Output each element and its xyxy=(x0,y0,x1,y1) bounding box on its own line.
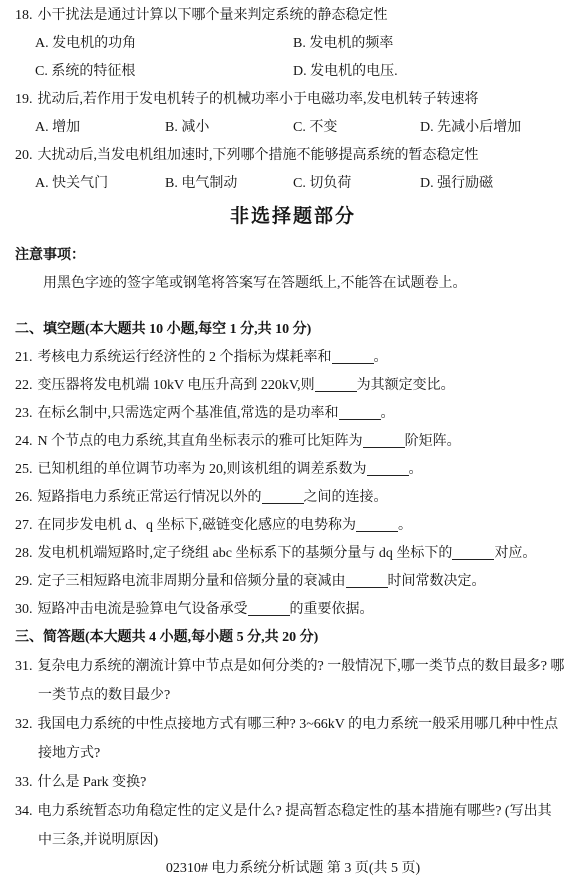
question-31-number: 31. xyxy=(15,659,33,674)
question-18-options-row-2: C. 系统的特征根 D. 发电机的电压. xyxy=(35,58,571,86)
exam-page: { "mcq": { "questions": [ { "number": "1… xyxy=(0,0,585,885)
question-21-text-after: 。 xyxy=(374,350,388,365)
page-footer: 02310# 电力系统分析试题 第 3 页(共 5 页) xyxy=(15,855,571,883)
question-20-options-row: A. 快关气门 B. 电气制动 C. 切负荷 D. 强行励磁 xyxy=(35,170,571,198)
question-24-number: 24. xyxy=(15,434,33,449)
option-20-c: C. 切负荷 xyxy=(293,170,420,198)
question-19-number: 19. xyxy=(15,92,33,107)
question-18: 18.小干扰法是通过计算以下哪个量来判定系统的静态稳定性 xyxy=(15,2,571,30)
question-22-text-after: 为其额定变比。 xyxy=(357,378,455,393)
question-27-text: 在同步发电机 d、q 坐标下,磁链变化感应的电势称为 xyxy=(38,518,357,533)
question-24-text: N 个节点的电力系统,其直角坐标表示的雅可比矩阵为 xyxy=(38,434,363,449)
question-26-number: 26. xyxy=(15,490,33,505)
option-20-d: D. 强行励磁 xyxy=(420,170,493,198)
question-32-number: 32. xyxy=(15,717,33,732)
option-19-c: C. 不变 xyxy=(293,114,420,142)
question-30: 30.短路冲击电流是验算电气设备承受的重要依据。 xyxy=(15,596,571,624)
question-23-number: 23. xyxy=(15,406,33,421)
question-34: 34.电力系统暂态功角稳定性的定义是什么? 提高暂态稳定性的基本措施有哪些? (… xyxy=(15,797,571,855)
option-19-b: B. 减小 xyxy=(165,114,293,142)
question-23-text: 在标幺制中,只需选定两个基准值,常选的是功率和 xyxy=(38,406,339,421)
question-23: 23.在标幺制中,只需选定两个基准值,常选的是功率和。 xyxy=(15,400,571,428)
question-29: 29.定子三相短路电流非周期分量和倍频分量的衰减由时间常数决定。 xyxy=(15,568,571,596)
question-30-number: 30. xyxy=(15,602,33,617)
question-30-text: 短路冲击电流是验算电气设备承受 xyxy=(38,602,248,617)
question-22: 22.变压器将发电机端 10kV 电压升高到 220kV,则为其额定变比。 xyxy=(15,372,571,400)
question-29-text-after: 时间常数决定。 xyxy=(388,574,486,589)
short-answer-section-heading: 三、简答题(本大题共 4 小题,每小题 5 分,共 20 分) xyxy=(15,624,571,652)
blank-line xyxy=(363,435,405,448)
question-22-number: 22. xyxy=(15,378,33,393)
question-25-text: 已知机组的单位调节功率为 20,则该机组的调差系数为 xyxy=(38,462,367,477)
question-19: 19.扰动后,若作用于发电机转子的机械功率小于电磁功率,发电机转子转速将 xyxy=(15,86,571,114)
question-32: 32.我国电力系统的中性点接地方式有哪三种? 3~66kV 的电力系统一般采用哪… xyxy=(15,710,571,768)
question-26-text: 短路指电力系统正常运行情况以外的 xyxy=(38,490,262,505)
question-18-options-row-1: A. 发电机的功角 B. 发电机的频率 xyxy=(35,30,571,58)
question-22-text: 变压器将发电机端 10kV 电压升高到 220kV,则 xyxy=(38,378,315,393)
section-title: 非选择题部分 xyxy=(15,204,571,230)
option-20-b: B. 电气制动 xyxy=(165,170,293,198)
option-18-a: A. 发电机的功角 xyxy=(35,30,293,58)
question-28-text: 发电机机端短路时,定子绕组 abc 坐标系下的基频分量与 dq 坐标下的 xyxy=(38,546,453,561)
page-body: 18.小干扰法是通过计算以下哪个量来判定系统的静态稳定性 A. 发电机的功角 B… xyxy=(0,0,585,883)
question-33: 33.什么是 Park 变换? xyxy=(15,768,571,797)
question-18-text: 小干扰法是通过计算以下哪个量来判定系统的静态稳定性 xyxy=(38,8,388,23)
question-21-number: 21. xyxy=(15,350,33,365)
question-25: 25.已知机组的单位调节功率为 20,则该机组的调差系数为。 xyxy=(15,456,571,484)
question-28: 28.发电机机端短路时,定子绕组 abc 坐标系下的基频分量与 dq 坐标下的对… xyxy=(15,540,571,568)
question-34-number: 34. xyxy=(15,804,33,819)
question-24: 24.N 个节点的电力系统,其直角坐标表示的雅可比矩阵为阶矩阵。 xyxy=(15,428,571,456)
question-21: 21.考核电力系统运行经济性的 2 个指标为煤耗率和。 xyxy=(15,344,571,372)
question-26-text-after: 之间的连接。 xyxy=(304,490,388,505)
question-28-number: 28. xyxy=(15,546,33,561)
short-answer-block: 31.复杂电力系统的潮流计算中节点是如何分类的? 一般情况下,哪一类节点的数目最… xyxy=(15,652,571,855)
question-29-number: 29. xyxy=(15,574,33,589)
option-19-a: A. 增加 xyxy=(35,114,165,142)
question-21-text: 考核电力系统运行经济性的 2 个指标为煤耗率和 xyxy=(38,350,332,365)
question-18-number: 18. xyxy=(15,8,33,23)
fill-in-section-heading: 二、填空题(本大题共 10 小题,每空 1 分,共 10 分) xyxy=(15,316,571,344)
question-30-text-after: 的重要依据。 xyxy=(290,602,374,617)
blank-line xyxy=(339,407,381,420)
blank-line xyxy=(262,491,304,504)
blank-line xyxy=(332,351,374,364)
option-20-a: A. 快关气门 xyxy=(35,170,165,198)
question-20: 20.大扰动后,当发电机组加速时,下列哪个措施不能够提高系统的暂态稳定性 xyxy=(15,142,571,170)
question-20-text: 大扰动后,当发电机组加速时,下列哪个措施不能够提高系统的暂态稳定性 xyxy=(38,148,479,163)
question-19-options-row: A. 增加 B. 减小 C. 不变 D. 先减小后增加 xyxy=(35,114,571,142)
notice-heading: 注意事项： xyxy=(15,242,571,270)
option-18-b: B. 发电机的频率 xyxy=(293,30,393,58)
option-18-c: C. 系统的特征根 xyxy=(35,58,293,86)
option-19-d: D. 先减小后增加 xyxy=(420,114,521,142)
question-27-text-after: 。 xyxy=(398,518,412,533)
question-27: 27.在同步发电机 d、q 坐标下,磁链变化感应的电势称为。 xyxy=(15,512,571,540)
blank-line xyxy=(367,463,409,476)
question-25-text-after: 。 xyxy=(409,462,423,477)
blank-line xyxy=(452,547,494,560)
blank-line xyxy=(315,379,357,392)
question-20-number: 20. xyxy=(15,148,33,163)
question-24-text-after: 阶矩阵。 xyxy=(405,434,461,449)
question-32-text: 我国电力系统的中性点接地方式有哪三种? 3~66kV 的电力系统一般采用哪几种中… xyxy=(38,717,559,761)
notice-text: 用黑色字迹的签字笔或钢笔将答案写在答题纸上,不能答在试题卷上。 xyxy=(15,270,571,298)
question-33-text: 什么是 Park 变换? xyxy=(38,775,147,790)
question-26: 26.短路指电力系统正常运行情况以外的之间的连接。 xyxy=(15,484,571,512)
question-31-text: 复杂电力系统的潮流计算中节点是如何分类的? 一般情况下,哪一类节点的数目最多? … xyxy=(38,659,565,703)
option-18-d: D. 发电机的电压. xyxy=(293,58,398,86)
question-31: 31.复杂电力系统的潮流计算中节点是如何分类的? 一般情况下,哪一类节点的数目最… xyxy=(15,652,571,710)
blank-line xyxy=(346,575,388,588)
question-34-text: 电力系统暂态功角稳定性的定义是什么? 提高暂态稳定性的基本措施有哪些? (写出其… xyxy=(38,804,552,848)
blank-line xyxy=(248,603,290,616)
question-19-text: 扰动后,若作用于发电机转子的机械功率小于电磁功率,发电机转子转速将 xyxy=(38,92,479,107)
question-27-number: 27. xyxy=(15,518,33,533)
question-28-text-after: 对应。 xyxy=(494,546,536,561)
blank-line xyxy=(356,519,398,532)
question-25-number: 25. xyxy=(15,462,33,477)
question-29-text: 定子三相短路电流非周期分量和倍频分量的衰减由 xyxy=(38,574,346,589)
question-23-text-after: 。 xyxy=(381,406,395,421)
question-33-number: 33. xyxy=(15,775,33,790)
